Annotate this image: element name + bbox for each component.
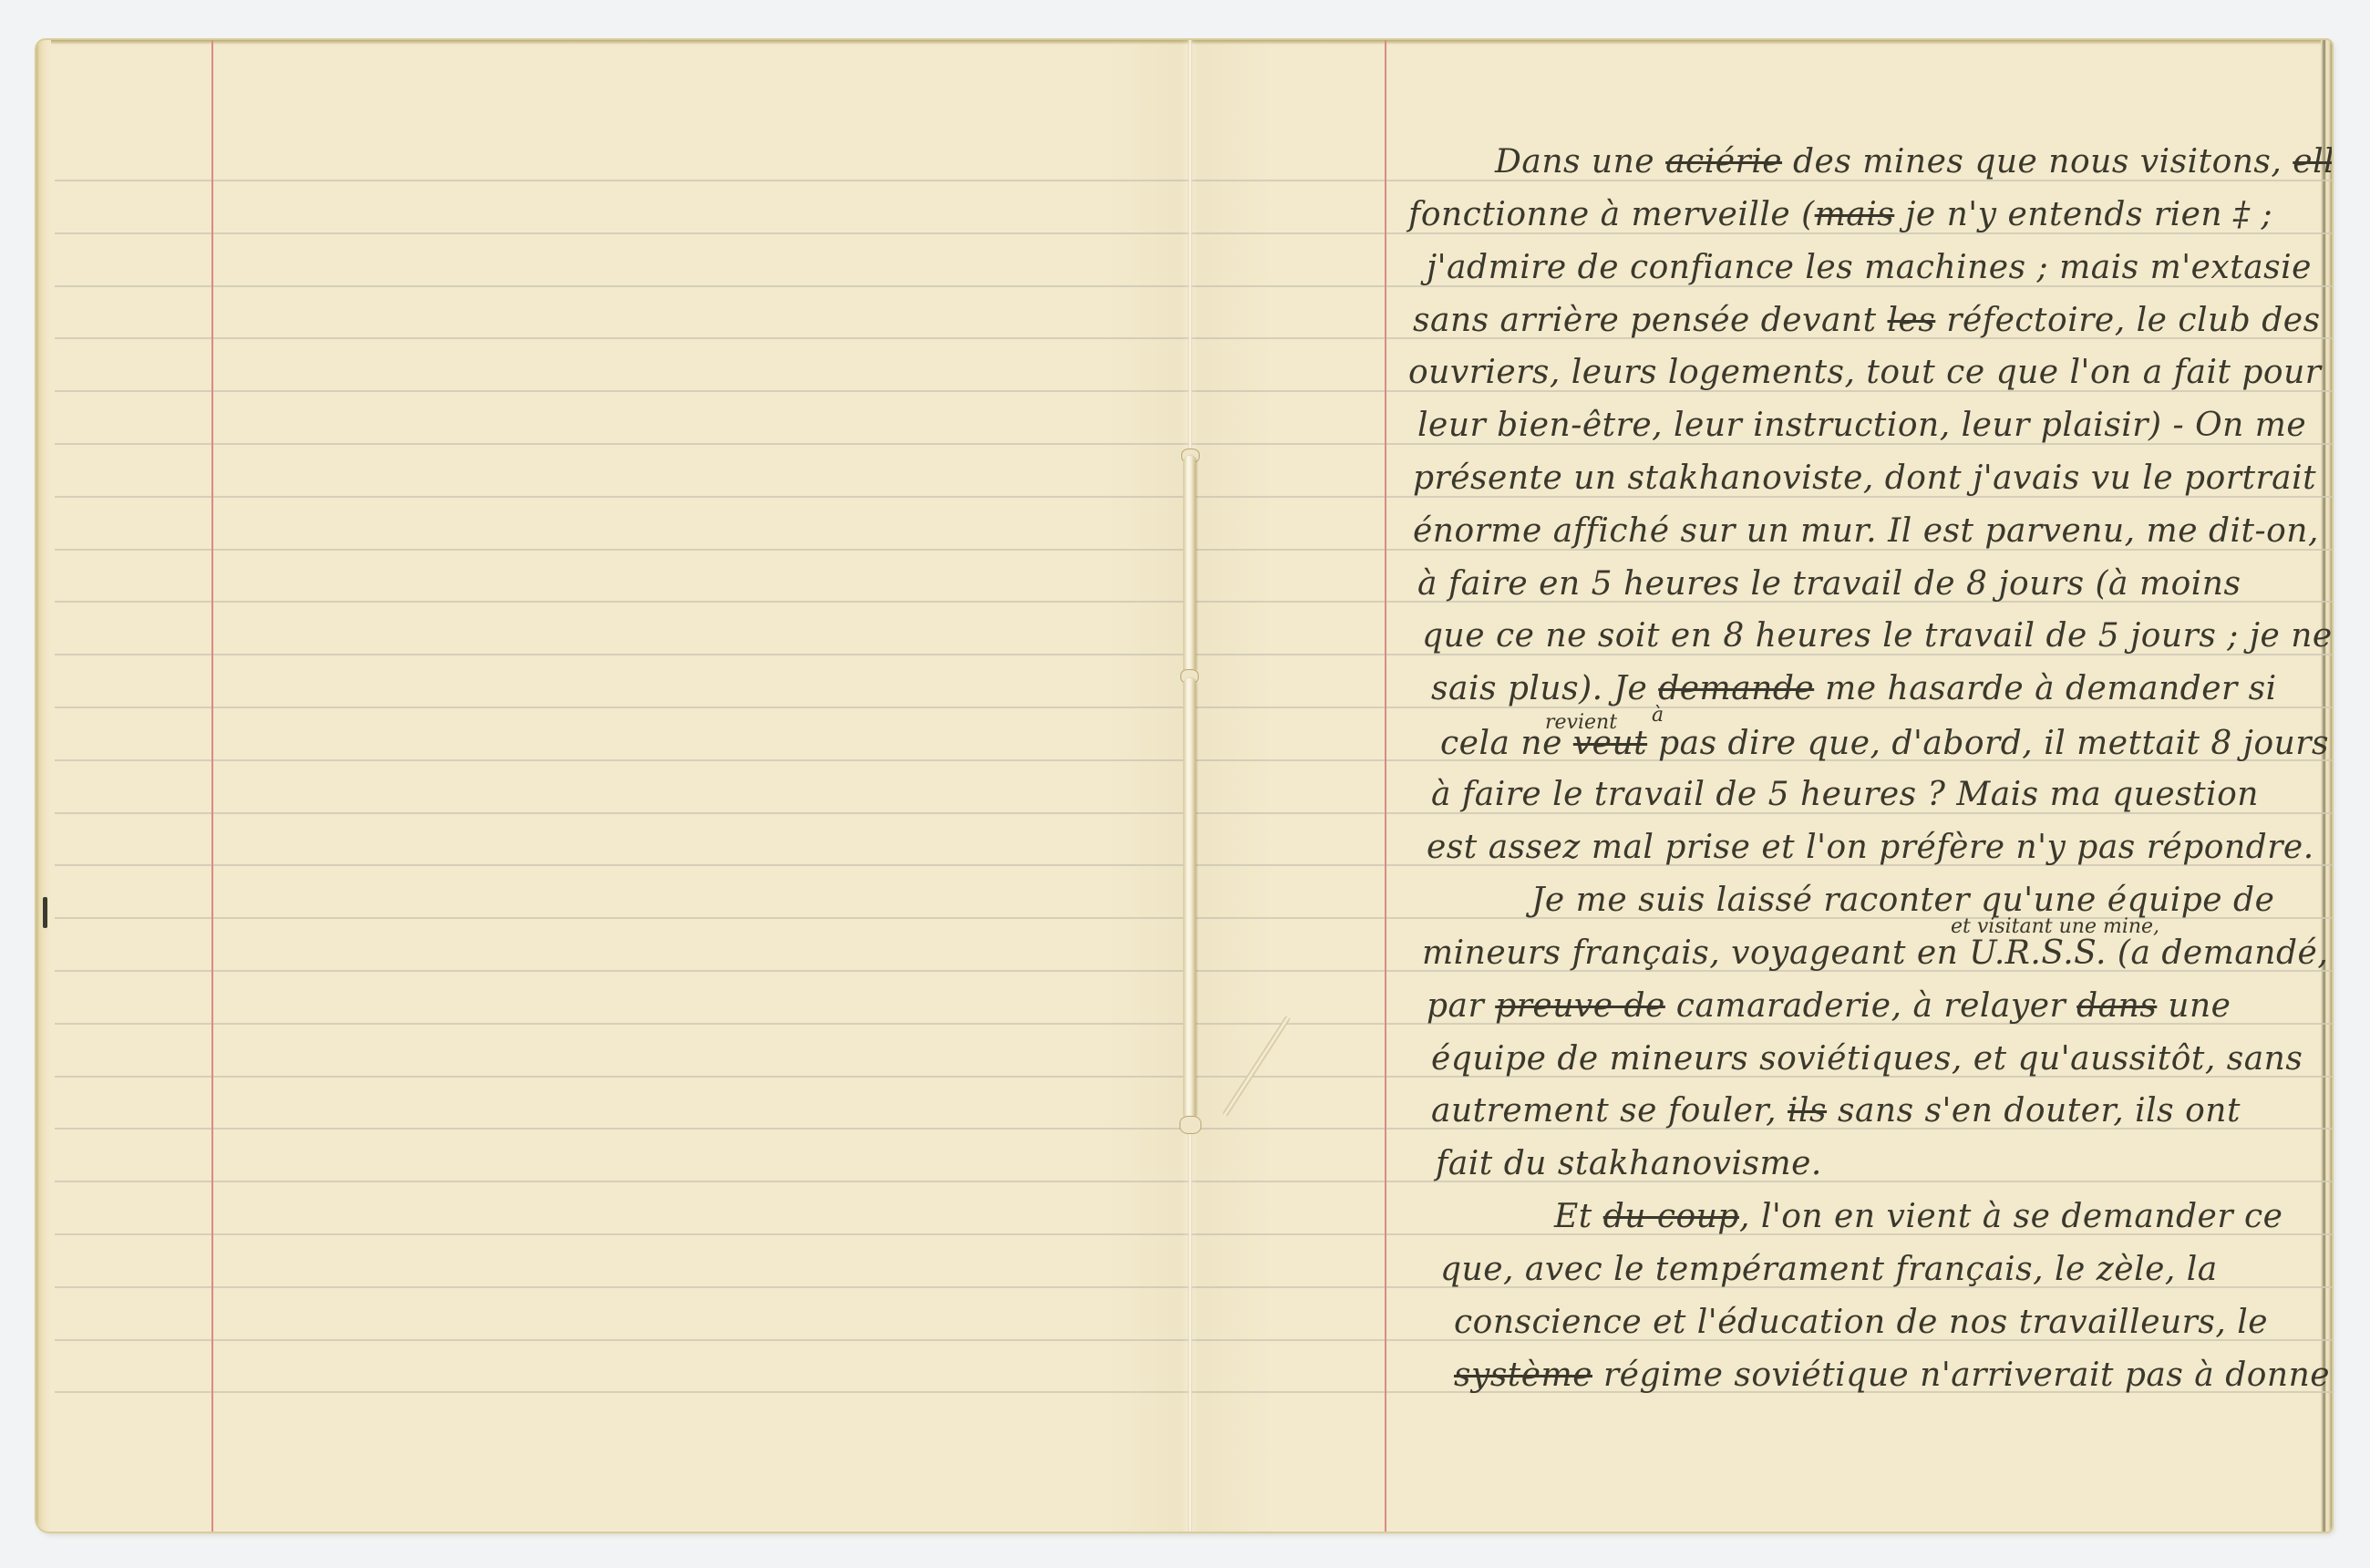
left-page bbox=[36, 40, 1190, 1532]
text-line-9: à faire en 5 heures le travail de 8 jour… bbox=[1417, 566, 2241, 603]
text-line-18: équipe de mineurs soviétiques, et qu'aus… bbox=[1431, 1041, 2303, 1078]
text-line-2: fonctionne à merveille (mais je n'y ente… bbox=[1408, 197, 2272, 233]
notebook-spread: Dans une aciérie des mines que nous visi… bbox=[36, 40, 2332, 1532]
insertion-a: à bbox=[1652, 704, 1664, 727]
text-line-3: j'admire de confiance les machines ; mai… bbox=[1427, 250, 2312, 286]
text-line-20: fait du stakhanovisme. bbox=[1436, 1146, 1822, 1182]
text-line-17: par preuve de camaraderie, à relayer dan… bbox=[1427, 988, 2231, 1025]
text-line-16: mineurs français, voyageant en U.R.S.S. … bbox=[1422, 935, 2328, 972]
text-line-4: sans arrière pensée devant les réfectoir… bbox=[1413, 303, 2321, 339]
text-line-8: énorme affiché sur un mur. Il est parven… bbox=[1413, 513, 2319, 550]
text-line-14: est assez mal prise et l'on préfère n'y … bbox=[1427, 830, 2314, 866]
text-line-15: Je me suis laissé raconter qu'une équipe… bbox=[1531, 882, 2274, 919]
text-line-24: système régime soviétique n'arriverait p… bbox=[1454, 1357, 2332, 1394]
page-stack-right-edge bbox=[2321, 40, 2332, 1532]
text-line-6: leur bien-être, leur instruction, leur p… bbox=[1417, 407, 2306, 444]
text-line-12: cela ne veut pas dire que, d'abord, il m… bbox=[1440, 726, 2329, 762]
text-line-23: conscience et l'éducation de nos travail… bbox=[1454, 1305, 2268, 1341]
text-line-1: Dans une aciérie des mines que nous visi… bbox=[1495, 144, 2332, 181]
text-line-7: présente un stakhanoviste, dont j'avais … bbox=[1413, 460, 2316, 497]
text-line-19: autrement se fouler, ils sans s'en doute… bbox=[1431, 1093, 2241, 1130]
text-line-5: ouvriers, leurs logements, tout ce que l… bbox=[1408, 355, 2322, 391]
right-page-margin-line bbox=[1385, 40, 1386, 1532]
text-line-11: sais plus). Je demande me hasarde à dema… bbox=[1431, 671, 2277, 707]
text-line-13: à faire le travail de 5 heures ? Mais ma… bbox=[1431, 777, 2259, 813]
text-line-10: que ce ne soit en 8 heures le travail de… bbox=[1422, 618, 2332, 655]
text-line-21: Et du coup, l'on en vient à se demander … bbox=[1554, 1199, 2282, 1235]
text-line-22: que, avec le tempérament français, le zè… bbox=[1440, 1252, 2218, 1288]
